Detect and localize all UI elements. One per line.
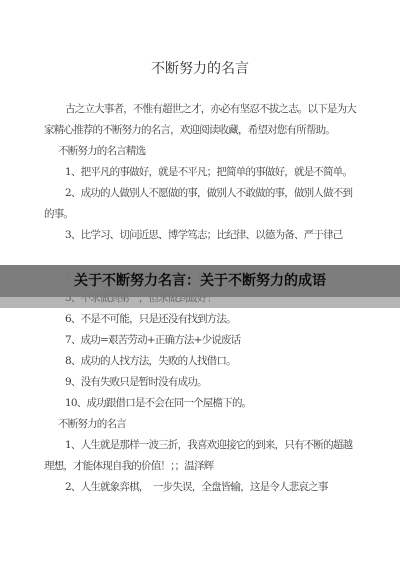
quote-item-1-5: 5、不求做到第一，但求做到最好！ xyxy=(44,288,356,309)
page-title: 不断努力的名言 xyxy=(44,0,356,79)
quote-item-1-3: 3、比学习、切问近思、博学笃志；比纪律、以德为备、严于律己 xyxy=(44,225,356,267)
quote-item-1-7: 7、成功=艰苦劳动+正确方法+少说废话 xyxy=(44,330,356,351)
quote-item-1-10: 10、成功跟借口是不会在同一个屋檐下的。 xyxy=(44,393,356,414)
quote-item-2-1: 1、人生就是那样一波三折，我喜欢迎接它的到来，只有不断的超越理想，才能体现自我的… xyxy=(44,435,356,477)
quote-item-2-2: 2、人生就象弈棋， 一步失误，全盘皆输，这是令人悲哀之事 xyxy=(44,477,356,498)
section-heading-2: 不断努力的名言 xyxy=(44,414,356,435)
quote-item-1-2: 2、成功的人做别人不愿做的事，做别人不敢做的事，做别人做不到的事。 xyxy=(44,183,356,225)
document-body: 不断努力的名言 古之立大事者，不惟有超世之才，亦必有坚忍不拔之志。以下是为大家精… xyxy=(0,0,400,498)
quote-item-1-8: 8、成功的人找方法，失败的人找借口。 xyxy=(44,351,356,372)
quote-item-1-4: 4、不好的书告诉错误的概念，使无知者变得更无知。 xyxy=(44,267,356,288)
quote-item-1-9: 9、没有失败只是暂时没有成功。 xyxy=(44,372,356,393)
document-page: 不断努力的名言 古之立大事者，不惟有超世之才，亦必有坚忍不拔之志。以下是为大家精… xyxy=(0,0,400,566)
quote-item-1-6: 6、不是不可能，只是还没有找到方法。 xyxy=(44,309,356,330)
section-heading-1: 不断努力的名言精选 xyxy=(44,141,356,162)
quote-item-1-1: 1、把平凡的事做好，就是不平凡；把简单的事做好，就是不简单。 xyxy=(44,162,356,183)
intro-paragraph: 古之立大事者，不惟有超世之才，亦必有坚忍不拔之志。以下是为大家精心推荐的不断努力… xyxy=(44,99,356,141)
